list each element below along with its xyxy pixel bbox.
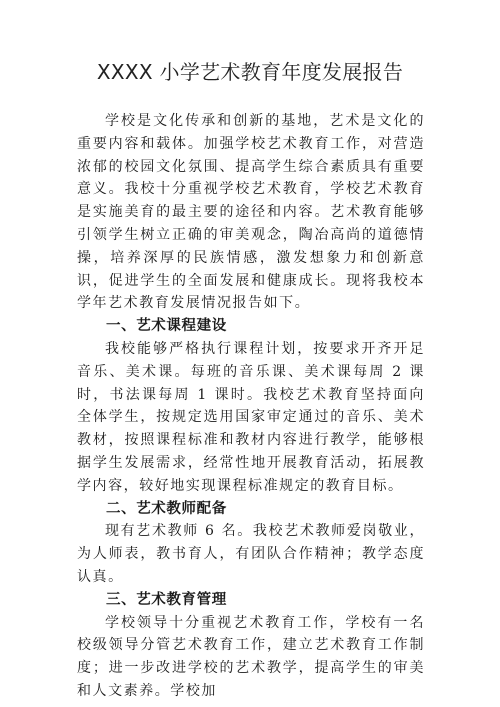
curriculum-paragraph: 我校能够严格执行课程计划，按要求开齐开足音乐、美术课。每班的音乐课、美术课每周 … xyxy=(77,338,425,498)
document-body: 学校是文化传承和创新的基地，艺术是文化的重要内容和载体。加强学校艺术教育工作，对… xyxy=(77,110,425,703)
teachers-paragraph: 现有艺术教师 6 名。我校艺术教师爱岗敬业，为人师表，教书育人，有团队合作精神；… xyxy=(77,520,425,588)
section-heading-teachers: 二、艺术教师配备 xyxy=(77,498,425,521)
section-heading-management: 三、艺术教育管理 xyxy=(77,589,425,612)
section-heading-curriculum: 一、艺术课程建设 xyxy=(77,315,425,338)
document-page: XXXX 小学艺术教育年度发展报告 学校是文化传承和创新的基地，艺术是文化的重要… xyxy=(0,0,500,707)
management-paragraph: 学校领导十分重视艺术教育工作，学校有一名校级领导分管艺术教育工作，建立艺术教育工… xyxy=(77,612,425,703)
document-title: XXXX 小学艺术教育年度发展报告 xyxy=(0,59,500,85)
intro-paragraph: 学校是文化传承和创新的基地，艺术是文化的重要内容和载体。加强学校艺术教育工作，对… xyxy=(77,110,425,315)
